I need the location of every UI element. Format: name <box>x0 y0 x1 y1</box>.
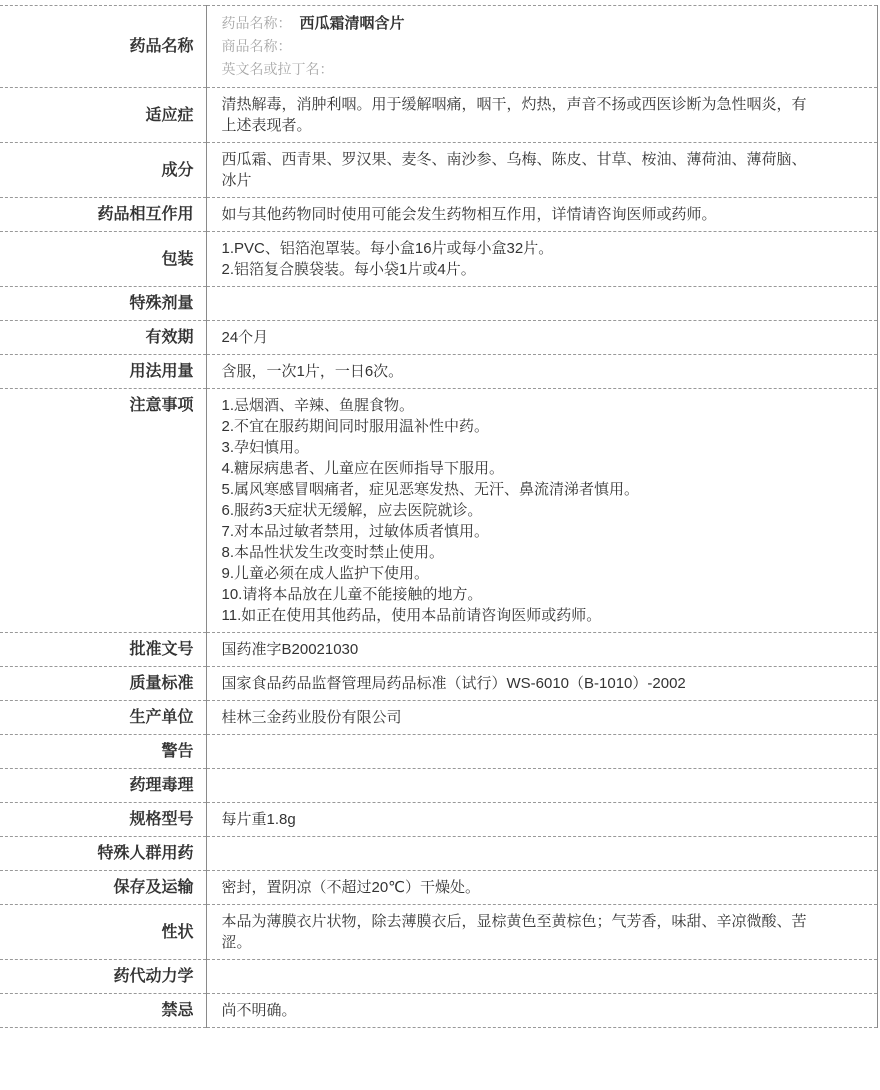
table-row: 用法用量含服，一次1片，一日6次。 <box>0 355 878 389</box>
table-row: 药理毒理 <box>0 769 878 803</box>
row-label: 注意事项 <box>0 389 206 633</box>
row-value <box>206 960 878 994</box>
field-key: 商品名称： <box>222 38 292 54</box>
row-label: 有效期 <box>0 321 206 355</box>
row-label: 保存及运输 <box>0 871 206 905</box>
row-value: 24个月 <box>206 321 878 355</box>
row-label: 质量标准 <box>0 667 206 701</box>
value-line: 4.糖尿病患者、儿童应在医师指导下服用。 <box>222 458 822 479</box>
table-row: 保存及运输密封，置阴凉（不超过20℃）干燥处。 <box>0 871 878 905</box>
row-value: 桂林三金药业股份有限公司 <box>206 701 878 735</box>
value-text: 清热解毒，消肿利咽。用于缓解咽痛，咽干，灼热，声音不扬或西医诊断为急性咽炎，有上… <box>222 94 822 136</box>
table-row: 药品相互作用如与其他药物同时使用可能会发生药物相互作用，详情请咨询医师或药师。 <box>0 198 878 232</box>
value-line: 1.忌烟酒、辛辣、鱼腥食物。 <box>222 395 822 416</box>
drug-info-table: 药品名称药品名称：西瓜霜清咽含片商品名称：英文名或拉丁名：适应症清热解毒，消肿利… <box>0 5 878 1028</box>
field-key: 英文名或拉丁名： <box>222 61 334 77</box>
value-text: 如与其他药物同时使用可能会发生药物相互作用，详情请咨询医师或药师。 <box>222 204 822 225</box>
table-row: 警告 <box>0 735 878 769</box>
value-line: 11.如正在使用其他药品，使用本品前请咨询医师或药师。 <box>222 605 822 626</box>
row-value: 密封，置阴凉（不超过20℃）干燥处。 <box>206 871 878 905</box>
name-field-line: 商品名称： <box>222 35 822 58</box>
value-text: 24个月 <box>222 327 822 348</box>
name-field-line: 药品名称：西瓜霜清咽含片 <box>222 12 822 35</box>
row-label: 药代动力学 <box>0 960 206 994</box>
value-line: 1.PVC、铝箔泡罩装。每小盒16片或每小盒32片。 <box>222 238 822 259</box>
table-row: 特殊剂量 <box>0 287 878 321</box>
row-label: 适应症 <box>0 88 206 143</box>
value-text: 尚不明确。 <box>222 1000 822 1021</box>
drug-info-table-body: 药品名称药品名称：西瓜霜清咽含片商品名称：英文名或拉丁名：适应症清热解毒，消肿利… <box>0 6 878 1028</box>
value-line: 2.不宜在服药期间同时服用温补性中药。 <box>222 416 822 437</box>
value-line: 9.儿童必须在成人监护下使用。 <box>222 563 822 584</box>
table-row: 质量标准国家食品药品监督管理局药品标准（试行）WS-6010（B-1010）-2… <box>0 667 878 701</box>
value-text: 密封，置阴凉（不超过20℃）干燥处。 <box>222 877 822 898</box>
field-key: 药品名称： <box>222 15 292 31</box>
row-label: 用法用量 <box>0 355 206 389</box>
row-value: 如与其他药物同时使用可能会发生药物相互作用，详情请咨询医师或药师。 <box>206 198 878 232</box>
table-row: 特殊人群用药 <box>0 837 878 871</box>
row-label: 特殊剂量 <box>0 287 206 321</box>
table-row: 性状本品为薄膜衣片状物，除去薄膜衣后，显棕黄色至黄棕色；气芳香，味甜、辛凉微酸、… <box>0 905 878 960</box>
field-value: 西瓜霜清咽含片 <box>300 15 405 32</box>
value-line: 5.属风寒感冒咽痛者，症见恶寒发热、无汗、鼻流清涕者慎用。 <box>222 479 822 500</box>
row-label: 药理毒理 <box>0 769 206 803</box>
row-value: 清热解毒，消肿利咽。用于缓解咽痛，咽干，灼热，声音不扬或西医诊断为急性咽炎，有上… <box>206 88 878 143</box>
value-text: 每片重1.8g <box>222 809 822 830</box>
row-value: 国药准字B20021030 <box>206 633 878 667</box>
row-value <box>206 837 878 871</box>
row-label: 警告 <box>0 735 206 769</box>
table-row: 规格型号每片重1.8g <box>0 803 878 837</box>
row-label: 禁忌 <box>0 994 206 1028</box>
table-row: 有效期24个月 <box>0 321 878 355</box>
table-row: 包装1.PVC、铝箔泡罩装。每小盒16片或每小盒32片。2.铝箔复合膜袋装。每小… <box>0 232 878 287</box>
table-row: 生产单位桂林三金药业股份有限公司 <box>0 701 878 735</box>
row-label: 批准文号 <box>0 633 206 667</box>
row-label: 药品相互作用 <box>0 198 206 232</box>
row-label: 成分 <box>0 143 206 198</box>
value-line: 2.铝箔复合膜袋装。每小袋1片或4片。 <box>222 259 822 280</box>
value-text: 西瓜霜、西青果、罗汉果、麦冬、南沙参、乌梅、陈皮、甘草、桉油、薄荷油、薄荷脑、冰… <box>222 149 822 191</box>
drug-info-page: 药品名称药品名称：西瓜霜清咽含片商品名称：英文名或拉丁名：适应症清热解毒，消肿利… <box>0 0 880 1090</box>
row-label: 性状 <box>0 905 206 960</box>
row-label: 规格型号 <box>0 803 206 837</box>
table-row: 药代动力学 <box>0 960 878 994</box>
row-value: 西瓜霜、西青果、罗汉果、麦冬、南沙参、乌梅、陈皮、甘草、桉油、薄荷油、薄荷脑、冰… <box>206 143 878 198</box>
value-line: 3.孕妇慎用。 <box>222 437 822 458</box>
table-row: 药品名称药品名称：西瓜霜清咽含片商品名称：英文名或拉丁名： <box>0 6 878 88</box>
value-text: 含服，一次1片，一日6次。 <box>222 361 822 382</box>
row-label: 包装 <box>0 232 206 287</box>
value-line: 7.对本品过敏者禁用，过敏体质者慎用。 <box>222 521 822 542</box>
row-value: 1.忌烟酒、辛辣、鱼腥食物。2.不宜在服药期间同时服用温补性中药。3.孕妇慎用。… <box>206 389 878 633</box>
value-text: 本品为薄膜衣片状物，除去薄膜衣后，显棕黄色至黄棕色；气芳香，味甜、辛凉微酸、苦涩… <box>222 911 822 953</box>
row-value: 每片重1.8g <box>206 803 878 837</box>
value-text: 桂林三金药业股份有限公司 <box>222 707 822 728</box>
row-label: 药品名称 <box>0 6 206 88</box>
row-value: 本品为薄膜衣片状物，除去薄膜衣后，显棕黄色至黄棕色；气芳香，味甜、辛凉微酸、苦涩… <box>206 905 878 960</box>
row-value: 国家食品药品监督管理局药品标准（试行）WS-6010（B-1010）-2002 <box>206 667 878 701</box>
table-row: 适应症清热解毒，消肿利咽。用于缓解咽痛，咽干，灼热，声音不扬或西医诊断为急性咽炎… <box>0 88 878 143</box>
row-value <box>206 735 878 769</box>
table-row: 注意事项1.忌烟酒、辛辣、鱼腥食物。2.不宜在服药期间同时服用温补性中药。3.孕… <box>0 389 878 633</box>
row-value <box>206 769 878 803</box>
row-value: 1.PVC、铝箔泡罩装。每小盒16片或每小盒32片。2.铝箔复合膜袋装。每小袋1… <box>206 232 878 287</box>
row-label: 特殊人群用药 <box>0 837 206 871</box>
value-line: 8.本品性状发生改变时禁止使用。 <box>222 542 822 563</box>
value-line: 6.服药3天症状无缓解，应去医院就诊。 <box>222 500 822 521</box>
row-value: 尚不明确。 <box>206 994 878 1028</box>
row-value <box>206 287 878 321</box>
value-text: 国药准字B20021030 <box>222 639 822 660</box>
table-row: 批准文号国药准字B20021030 <box>0 633 878 667</box>
value-line: 10.请将本品放在儿童不能接触的地方。 <box>222 584 822 605</box>
name-field-line: 英文名或拉丁名： <box>222 58 822 81</box>
table-row: 成分西瓜霜、西青果、罗汉果、麦冬、南沙参、乌梅、陈皮、甘草、桉油、薄荷油、薄荷脑… <box>0 143 878 198</box>
row-label: 生产单位 <box>0 701 206 735</box>
row-value: 药品名称：西瓜霜清咽含片商品名称：英文名或拉丁名： <box>206 6 878 88</box>
table-row: 禁忌尚不明确。 <box>0 994 878 1028</box>
row-value: 含服，一次1片，一日6次。 <box>206 355 878 389</box>
value-text: 国家食品药品监督管理局药品标准（试行）WS-6010（B-1010）-2002 <box>222 673 822 694</box>
